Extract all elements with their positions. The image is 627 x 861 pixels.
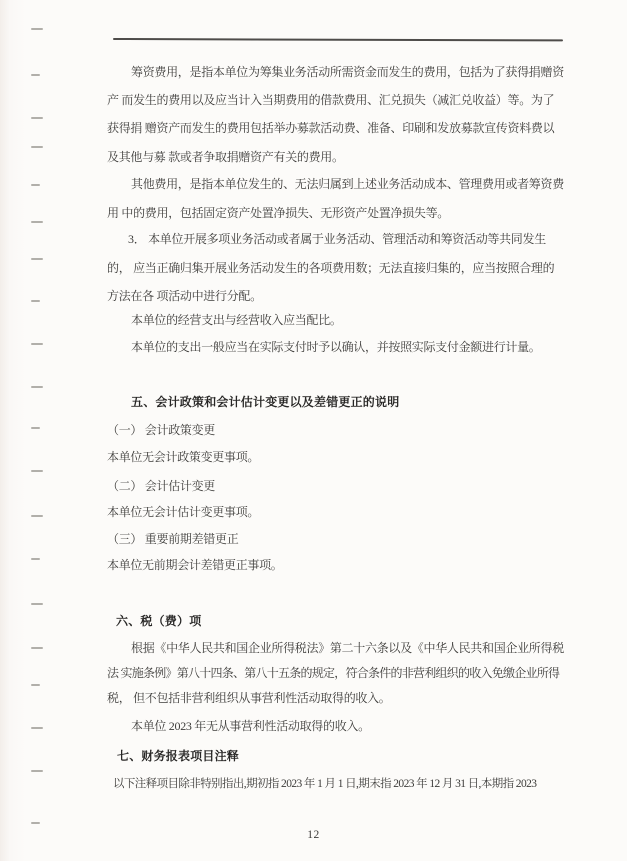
section6-tax-line2: 法 实施条例》第八十四条、第八十五条的规定，符合条件的非营利组织的收入免缴企业所… (107, 665, 559, 681)
scan-mark (31, 427, 40, 429)
para-matching-principle: 本单位的经营支出与经营收入应当配比。 (131, 312, 342, 328)
scan-mark (31, 822, 40, 824)
scan-mark (31, 603, 43, 605)
scan-mark (31, 515, 43, 517)
scan-mark (31, 74, 40, 76)
section5-sub1-heading: （一） 会计政策变更 (107, 422, 215, 438)
scan-mark (31, 770, 43, 772)
scan-mark (31, 684, 40, 686)
para-payment-recognition: 本单位的支出一般应当在实际支付时予以确认，并按照实际支付金额进行计量。 (131, 339, 541, 355)
scan-mark (31, 184, 40, 186)
section6-tax-line1: 根据《中华人民共和国企业所得税法》第二十六条以及《中华人民共和国企业所得税 (131, 640, 564, 656)
scan-mark (31, 117, 43, 119)
section7-period-note: 以下注释项目除非特别指出,期初指 2023 年 1 月 1 日,期末指 2023… (113, 776, 536, 792)
para-other-expenses-line2: 用 中的费用，包括固定资产处置净损失、无形资产处置净损失等。 (107, 205, 449, 221)
para-other-expenses-line1: 其他费用，是指本单位发生的、无法归属到上述业务活动成本、管理费用或者筹资费 (131, 176, 564, 192)
para-financing-costs-line3: 获得捐 赠资产而发生的费用包括举办募款活动费、准备、印刷和发放募款宣传资料费以 (107, 120, 554, 136)
page-number: 12 (0, 829, 627, 841)
section5-heading: 五、会计政策和会计估计变更以及差错更正的说明 (131, 394, 399, 410)
para-allocation-line1: 3． 本单位开展多项业务活动或者属于业务活动、管理活动和筹资活动等共同发生 (128, 231, 546, 247)
scan-mark (31, 300, 40, 302)
para-allocation-line2: 的， 应当正确归集开展业务活动发生的各项费用数；无法直接归集的，应当按照合理的 (107, 260, 554, 276)
scan-mark (31, 258, 43, 260)
section5-sub3-body: 本单位无前期会计差错更正事项。 (107, 557, 283, 573)
scan-mark (31, 470, 43, 472)
para-financing-costs-line1: 筹资费用，是指本单位为筹集业务活动所需资金而发生的费用，包括为了获得捐赠资 (131, 64, 564, 80)
scan-mark (31, 28, 43, 30)
section5-sub2-body: 本单位无会计估计变更事项。 (107, 504, 259, 520)
scan-mark (31, 146, 43, 148)
section6-no-profit-income: 本单位 2023 年无从事营利性活动取得的收入。 (131, 718, 370, 734)
para-financing-costs-line4: 及其他与募 款或者争取捐赠资产有关的费用。 (107, 149, 344, 165)
section5-sub3-heading: （三） 重要前期差错更正 (107, 531, 238, 547)
header-rule (113, 38, 563, 41)
section5-sub2-heading: （二） 会计估计变更 (107, 478, 215, 494)
para-financing-costs-line2: 产 而发生的费用以及应当计入当期费用的借款费用、汇兑损失（减汇兑收益）等。为了 (107, 92, 554, 108)
section6-tax-line3: 税， 但不包括非营利组织从事营利性活动取得的收入。 (107, 690, 391, 706)
scan-mark (31, 647, 43, 649)
scan-mark (31, 558, 40, 560)
scan-mark (31, 343, 43, 345)
section6-heading: 六、税（费）项 (116, 613, 201, 629)
scan-mark (31, 221, 43, 223)
section7-heading: 七、财务报表项目注释 (117, 748, 239, 764)
section5-sub1-body: 本单位无会计政策变更事项。 (107, 449, 259, 465)
scan-mark (31, 727, 43, 729)
para-allocation-line3: 方法在各 项活动中进行分配。 (107, 288, 262, 304)
scan-mark (31, 386, 43, 388)
scanned-document-page: 筹资费用，是指本单位为筹集业务活动所需资金而发生的费用，包括为了获得捐赠资 产 … (0, 0, 627, 861)
